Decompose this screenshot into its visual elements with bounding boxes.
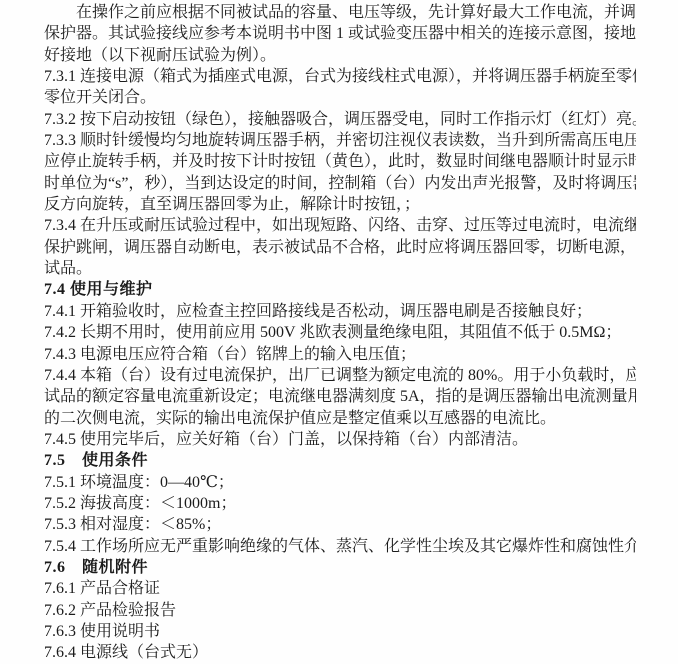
item-7-4-4-line: 7.4.4 本箱（台）设有过电流保护，出厂已调整为额定电流的 80%。用于小负载…	[44, 365, 636, 386]
item-7-3-3-line: 时单位为“s”，秒），当到达设定的时间，控制箱（台）内发出声光报警，及时将调压器…	[44, 173, 636, 194]
item-7-3-3-line: 反方向旋转，直至调压器回零为止，解除计时按钮，；	[44, 194, 636, 215]
item-7-4-4-line: 的二次侧电流，实际的输出电流保护值应是整定值乘以互感器的电流比。	[44, 408, 636, 429]
item-7-5-3-line: 7.5.3 相对湿度：＜85%；	[44, 514, 636, 535]
item-7-6-1-line: 7.6.1 产品合格证	[44, 578, 636, 599]
item-7-3-4-line: 试品。	[44, 258, 636, 279]
item-7-3-2-line: 7.3.2 按下启动按钮（绿色），接触器吸合，调压器受电，同时工作指示灯（红灯）…	[44, 109, 636, 130]
item-7-4-5-line: 7.4.5 使用完毕后，应关好箱（台）门盖，以保持箱（台）内部清洁。	[44, 429, 636, 450]
item-7-5-1-line: 7.5.1 环境温度：0—40℃；	[44, 472, 636, 493]
item-7-3-1-line: 7.3.1 连接电源（箱式为插座式电源，台式为接线柱式电源），并将调压器手柄旋至…	[44, 66, 636, 87]
intro-paragraph-line: 保护器。其试验接线应参考本说明书中图 1 或试验变压器中相关的连接示意图，接地端…	[44, 23, 636, 44]
item-7-5-2-line: 7.5.2 海拔高度：＜1000m；	[44, 493, 636, 514]
section-heading-7-6: 7.6 随机附件	[44, 557, 636, 578]
intro-paragraph-line: 在操作之前应根据不同被试品的容量、电压等级，先计算好最大工作电流，并调整电流	[44, 2, 636, 23]
item-7-4-3-line: 7.4.3 电源电压应符合箱（台）铭牌上的输入电压值；	[44, 344, 636, 365]
item-7-6-2-line: 7.6.2 产品检验报告	[44, 600, 636, 621]
document-page: 在操作之前应根据不同被试品的容量、电压等级，先计算好最大工作电流，并调整电流 保…	[0, 0, 678, 664]
item-7-3-1-line: 零位开关闭合。	[44, 87, 636, 108]
item-7-3-4-line: 7.3.4 在升压或耐压试验过程中，如出现短路、闪络、击穿、过压等过电流时，电流…	[44, 215, 636, 236]
section-heading-7-4: 7.4 使用与维护	[44, 279, 636, 300]
section-heading-7-5: 7.5 使用条件	[44, 450, 636, 471]
item-7-6-4-line: 7.6.4 电源线（台式无）	[44, 642, 636, 663]
item-7-4-4-line: 试品的额定容量电流重新设定；电流继电器满刻度 5A，指的是调压器输出电流测量用互…	[44, 386, 636, 407]
item-7-3-3-line: 应停止旋转手柄，并及时按下计时按钮（黄色），此时，数显时间继电器顺计时显示时间（…	[44, 151, 636, 172]
item-7-6-3-line: 7.6.3 使用说明书	[44, 621, 636, 642]
intro-paragraph-line: 好接地（以下视耐压试验为例）。	[44, 45, 636, 66]
item-7-3-3-line: 7.3.3 顺时针缓慢均匀地旋转调压器手柄，并密切注视仪表读数，当升到所需高压电…	[44, 130, 636, 151]
item-7-4-1-line: 7.4.1 开箱验收时，应检查主控回路接线是否松动，调压器电刷是否接触良好；	[44, 301, 636, 322]
item-7-3-4-line: 保护跳闸，调压器自动断电，表示被试品不合格，此时应将调压器回零，切断电源，检查被	[44, 237, 636, 258]
item-7-5-4-line: 7.5.4 工作场所应无严重影响绝缘的气体、蒸汽、化学性尘埃及其它爆炸性和腐蚀性…	[44, 536, 636, 557]
item-7-4-2-line: 7.4.2 长期不用时，使用前应用 500V 兆欧表测量绝缘电阻，其阻值不低于 …	[44, 322, 636, 343]
